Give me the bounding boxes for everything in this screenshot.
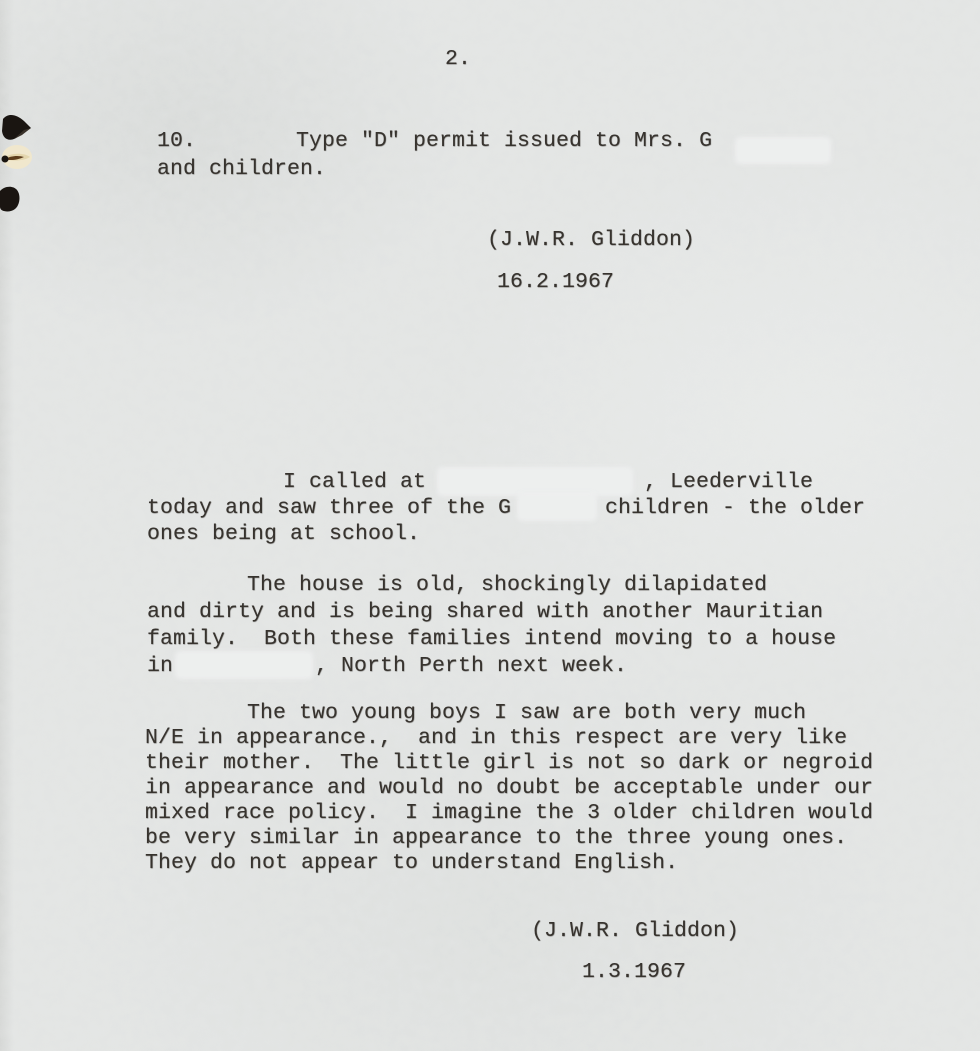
signature-name-feb: (J.W.R. Gliddon) bbox=[487, 230, 695, 252]
item-heading-line1: Type "D" permit issued to Mrs. G bbox=[296, 131, 712, 153]
binding-mark-bottom bbox=[0, 183, 28, 221]
signature-date-mar: 1.3.1967 bbox=[582, 962, 686, 984]
para3-line1: The two young boys I saw are both very m… bbox=[247, 703, 806, 725]
document-content: 2. 10. Type "D" permit issued to Mrs. G … bbox=[0, 0, 980, 1051]
para3-line6: be very similar in appearance to the thr… bbox=[145, 828, 847, 850]
para1-line2-post: children - the older bbox=[605, 498, 865, 520]
scanned-document-page: 2. 10. Type "D" permit issued to Mrs. G … bbox=[0, 0, 980, 1051]
item-heading-line2: and children. bbox=[157, 159, 326, 181]
para1-line3: ones being at school. bbox=[147, 524, 420, 546]
redaction-box bbox=[738, 140, 828, 161]
para1-line1-pre: I called at bbox=[283, 472, 426, 494]
page-number: 2. bbox=[445, 49, 471, 71]
item-number: 10. bbox=[157, 131, 196, 153]
redaction-box bbox=[178, 654, 310, 676]
para3-line4: in appearance and would no doubt be acce… bbox=[145, 778, 873, 800]
para1-line2-pre: today and saw three of the G bbox=[147, 498, 511, 520]
para2-line1: The house is old, shockingly dilapidated bbox=[247, 575, 767, 597]
binding-mark-top bbox=[0, 112, 44, 176]
para1-line1-post: , Leederville bbox=[644, 472, 813, 494]
para2-line4-post: , North Perth next week. bbox=[315, 656, 627, 678]
para2-line4-pre: in bbox=[147, 656, 173, 678]
redaction-box bbox=[440, 470, 630, 493]
para2-line2: and dirty and is being shared with anoth… bbox=[147, 602, 823, 624]
para3-line5: mixed race policy. I imagine the 3 older… bbox=[145, 803, 873, 825]
para2-line3: family. Both these families intend movin… bbox=[147, 629, 836, 651]
para3-line3: their mother. The little girl is not so … bbox=[145, 753, 873, 775]
signature-name-mar: (J.W.R. Gliddon) bbox=[531, 921, 739, 943]
signature-date-feb: 16.2.1967 bbox=[497, 272, 614, 294]
para3-line2: N/E in appearance., and in this respect … bbox=[145, 728, 847, 750]
redaction-box bbox=[520, 496, 594, 518]
para3-line7: They do not appear to understand English… bbox=[145, 853, 678, 875]
